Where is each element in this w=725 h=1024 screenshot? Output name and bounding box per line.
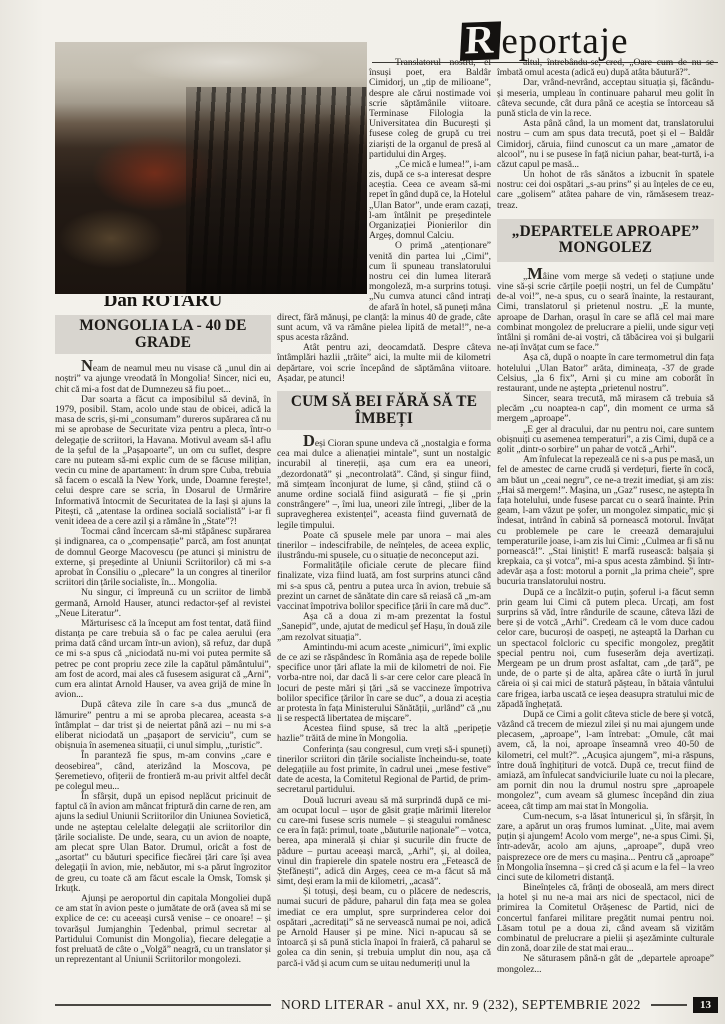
paragraph: Asta până când, la un moment dat, transl… bbox=[497, 119, 714, 170]
page-footer: NORD LITERAR - anul XX, nr. 9 (232), SEP… bbox=[55, 997, 718, 1013]
paragraph: Cum-necum, s-a lăsat întunericul și, în … bbox=[497, 812, 714, 883]
paragraph: „E ger al dracului, dar nu pentru noi, c… bbox=[497, 425, 714, 456]
paragraph: Tocmai când încercam să-mi stăpânesc sup… bbox=[55, 527, 271, 588]
painting-wrap-spacer bbox=[277, 58, 369, 304]
section-title-line1: „DEPARTELE APROAPE” bbox=[499, 224, 712, 241]
paragraph-text: âine vom merge să vedeți o stațiune unde… bbox=[497, 271, 714, 353]
paragraph: Acestea fiind spuse, să trec la altă „pe… bbox=[277, 724, 491, 744]
paragraph-text: eși Cioran spune undeva că „nostalgia e … bbox=[277, 438, 491, 531]
paragraph: După câteva zile în care s-a dus „muncă … bbox=[55, 700, 271, 751]
paragraph: Bineînțeles că, frânți de oboseală, am m… bbox=[497, 883, 714, 954]
masthead-title-rest: eportaje bbox=[501, 21, 628, 62]
paragraph: Neam de neamul meu nu visase că „unul di… bbox=[55, 361, 271, 395]
drop-cap: N bbox=[81, 356, 93, 375]
paragraph: Amintindu-mi acum aceste „nimicuri”, îmi… bbox=[277, 643, 491, 725]
paragraph: Sincer, seara trecută, mă mirasem că tre… bbox=[497, 394, 714, 425]
paragraph: Conferința (sau congresul, cum vreți să-… bbox=[277, 745, 491, 796]
paragraph: Două lucruri aveau să mă surprindă după … bbox=[277, 796, 491, 888]
paragraph: Așa că, după o noapte în care termometru… bbox=[497, 353, 714, 394]
masthead-title: Reportaje bbox=[461, 21, 628, 62]
column-2: Translatorul nostru, el însuși poet, era… bbox=[277, 58, 491, 992]
section-title-mongolia: MONGOLIA LA - 40 DE GRADE bbox=[55, 315, 271, 354]
paragraph: Am înfulecat la repezeală ce ni s-a pus … bbox=[497, 455, 714, 587]
column-3: altul, întrebându-se, cred, „Oare cum de… bbox=[497, 58, 714, 992]
paragraph: Și totuși, deși beam, cu o plăcere de ne… bbox=[277, 887, 491, 969]
paragraph: Dar soarta a făcut ca imposibilul să dev… bbox=[55, 395, 271, 527]
section-title-line2: MONGOLEZ bbox=[499, 240, 712, 257]
section-title-cum-sa-bei: CUM SĂ BEI FĂRĂ SĂ TE ÎMBEȚI bbox=[277, 391, 491, 430]
drop-cap: M bbox=[527, 264, 543, 283]
paragraph: În paranteză fie spus, m-am convins „car… bbox=[55, 751, 271, 792]
magazine-page: Reportaje Dan ROTARU MONGOLIA LA - 40 DE… bbox=[0, 0, 725, 1024]
page-number: 13 bbox=[693, 997, 718, 1013]
masthead-drop-initial: R bbox=[460, 21, 501, 60]
paragraph: Un hohot de râs sănătos a izbucnit în sp… bbox=[497, 170, 714, 211]
paragraph: Ajunși pe aeroportul din capitala Mongol… bbox=[55, 894, 271, 965]
journal-footer-line: NORD LITERAR - anul XX, nr. 9 (232), SEP… bbox=[281, 997, 641, 1013]
paragraph: Ne săturasem până-n gât de „departele ap… bbox=[497, 954, 714, 974]
drop-cap: D bbox=[303, 431, 315, 450]
paragraph: Formalitățile oficiale cerute de plecare… bbox=[277, 561, 491, 612]
paragraph: Mărturisesc că la început am fost tentat… bbox=[55, 619, 271, 701]
paragraph: După ce a încălzit-o puțin, șoferul i-a … bbox=[497, 588, 714, 710]
section-masthead: Reportaje bbox=[372, 22, 718, 63]
paragraph: În sfârșit, după un episod neplăcut pric… bbox=[55, 792, 271, 894]
footer-rule-left bbox=[55, 1004, 271, 1006]
column-1: Dan ROTARU MONGOLIA LA - 40 DE GRADE Nea… bbox=[55, 296, 271, 990]
author-name: Dan ROTARU bbox=[55, 296, 271, 306]
section-title-departele-aproape: „DEPARTELE APROAPE” MONGOLEZ bbox=[497, 219, 714, 262]
paragraph: După ce Cimi a golit câteva sticle de be… bbox=[497, 710, 714, 812]
paragraph: „Mâine vom merge să vedeți o stațiune un… bbox=[497, 269, 714, 354]
paragraph: Deși Cioran spune undeva că „nostalgia e… bbox=[277, 436, 491, 531]
paragraph: Dar, vrând-nevrând, acceptau situația și… bbox=[497, 78, 714, 119]
paragraph: Poate că spusele mele par unora – mai al… bbox=[277, 531, 491, 562]
paragraph: Nu singur, ci împreună cu un scriitor de… bbox=[55, 588, 271, 619]
paragraph: altul, întrebându-se, cred, „Oare cum de… bbox=[497, 58, 714, 78]
footer-rule-right bbox=[651, 1004, 687, 1006]
paragraph: Atât pentru azi, deocamdată. Despre câte… bbox=[277, 343, 491, 384]
paragraph: Așa că a doua zi m-am prezentat la fostu… bbox=[277, 612, 491, 643]
